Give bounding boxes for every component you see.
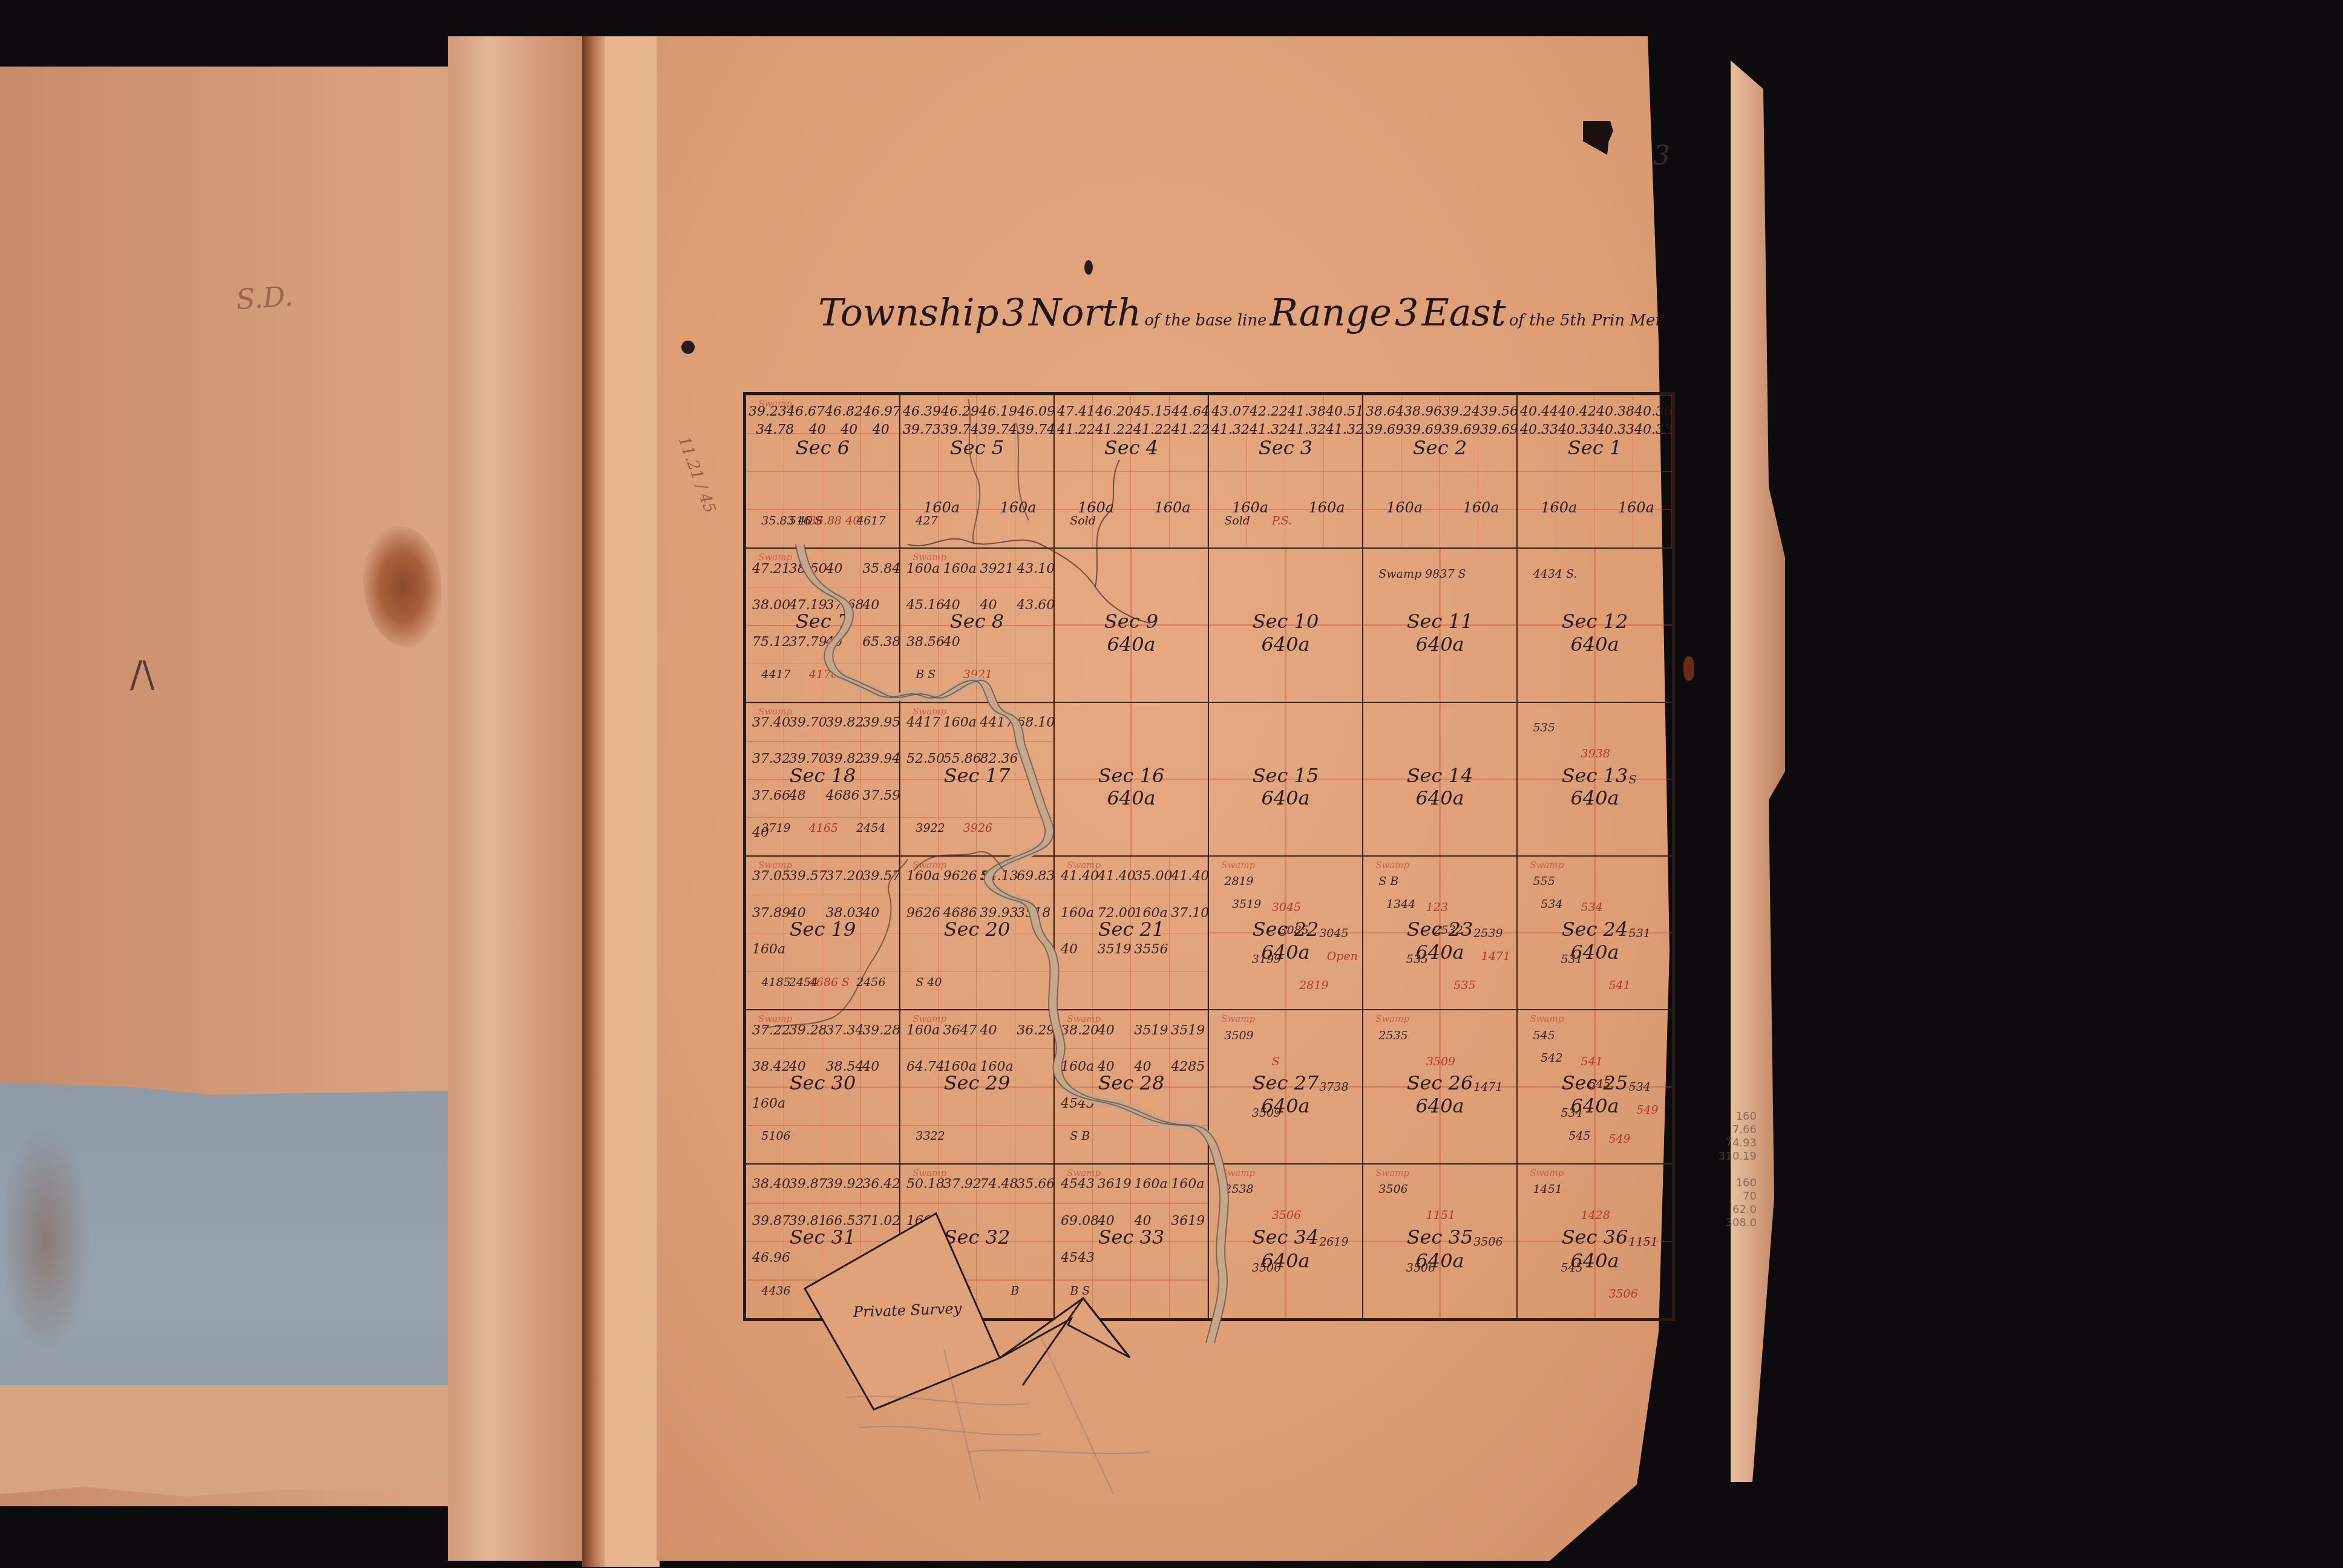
- pencil-annotation: 545: [1588, 1077, 1610, 1091]
- calc-line: 70: [1719, 1190, 1757, 1203]
- left-page-pencil-note: S.D.: [235, 279, 294, 316]
- pencil-annotation: 3322: [916, 1129, 945, 1143]
- lot-acreage: 34.78: [756, 422, 794, 437]
- section-label: Sec 33: [1055, 1226, 1208, 1249]
- lot-acreage: 37.66: [752, 788, 790, 803]
- pencil-annotation: 2456: [856, 976, 885, 989]
- lot-acreage: 4686: [943, 906, 977, 921]
- pencil-annotation: 1151: [1426, 1209, 1455, 1222]
- swamp-annotation: Swamp: [913, 860, 946, 871]
- calc-line: 62.0: [1719, 1203, 1757, 1217]
- lot-acreage: 39.28: [862, 1023, 900, 1038]
- lot-acreage: 160a: [752, 1096, 785, 1111]
- lot-acreage: 39.69: [1366, 422, 1404, 437]
- section-label: Sec 17: [900, 764, 1054, 787]
- pencil-annotation: 4617: [856, 514, 885, 528]
- lot-acreage-row: 39.7339.7439.7439.74: [903, 422, 1051, 437]
- lot-acreage: 40: [1061, 942, 1078, 957]
- section-label: Sec 30: [746, 1071, 899, 1094]
- lot-acreage: 40: [943, 598, 960, 613]
- lot-acreage: 41.32: [1211, 422, 1250, 437]
- lot-acreage: 3556: [1135, 942, 1168, 957]
- lot-acreage: 39.28: [789, 1023, 827, 1038]
- section-label: Sec 29: [900, 1071, 1054, 1094]
- lot-acreage-row: 40.4440.4240.3840.36: [1520, 404, 1670, 419]
- lot-acreage: 37.22: [752, 1023, 790, 1038]
- lot-acreage: 46.20: [1095, 404, 1133, 419]
- lot-acreage: 45.15: [1133, 404, 1171, 419]
- section-31: Sec 3138.4039.8739.9236.4239.8739.8166.5…: [746, 1165, 900, 1318]
- section-label: Sec 18: [746, 764, 899, 787]
- lot-acreage: 4543: [1061, 1096, 1095, 1111]
- lot-acreage: 41.40: [1098, 869, 1136, 884]
- lot-acreage: 41.32: [1326, 422, 1364, 437]
- swamp-annotation: Swamp: [758, 1013, 792, 1024]
- lot-acreage: 40.51: [1326, 404, 1364, 419]
- section-24: Sec 24640a555534531531541534Swamp: [1518, 857, 1672, 1010]
- pencil-annotation: 535: [1533, 721, 1555, 734]
- section-label: Sec 16: [1055, 764, 1208, 787]
- lot-acreage: 46.19: [979, 404, 1017, 419]
- lot-acreage: 160a: [1061, 906, 1094, 921]
- lot-acreage: 39.57: [789, 869, 827, 884]
- swamp-annotation: Swamp: [1375, 860, 1409, 871]
- section-3: Sec 343.0742.2241.3840.5141.3241.3241.32…: [1209, 395, 1363, 549]
- lot-acreage: 37.05: [752, 869, 790, 884]
- calc-line: 310.19: [1719, 1150, 1757, 1163]
- lot-acreage-row: 43.0742.2241.3840.51: [1211, 404, 1360, 419]
- section-14: Sec 14640a: [1363, 703, 1518, 857]
- pencil-annotation: 2819: [1299, 979, 1328, 992]
- lot-acreage: 65.38: [862, 635, 900, 650]
- section-18: Sec 1837.4039.7039.8239.9537.3239.7039.8…: [746, 703, 900, 857]
- pencil-annotation: 1471: [1481, 950, 1510, 963]
- swamp-annotation: Swamp: [1067, 1168, 1101, 1178]
- lot-acreage: 55.86: [943, 751, 981, 766]
- swamp-annotation: Swamp: [1221, 1013, 1255, 1024]
- lot-acreage: 3647: [943, 1023, 977, 1038]
- pencil-annotation: 2819: [1224, 875, 1253, 888]
- lot-acreage: 38.03: [826, 906, 864, 921]
- lot-acreage: 40: [980, 1023, 997, 1038]
- section-28: Sec 2838.204035193519160a404042854543S B…: [1055, 1010, 1209, 1164]
- pencil-annotation: 2539: [1473, 927, 1502, 940]
- section-12: Sec 12640a4434 S.: [1518, 549, 1672, 702]
- lot-acreage: 40: [1135, 1214, 1152, 1229]
- section-acreage: 640a: [1363, 633, 1516, 656]
- lot-acreage: 39.74: [1017, 422, 1055, 437]
- pencil-annotation: B S: [1070, 1284, 1090, 1298]
- calc-line: 308.0: [1719, 1217, 1757, 1230]
- pencil-annotation: Sold: [1070, 514, 1096, 528]
- lot-acreage-row: 40.3340.3340.3340.33: [1520, 422, 1670, 437]
- pencil-annotation: 3922: [916, 822, 945, 835]
- lot-acreage: 39.69: [1480, 422, 1518, 437]
- pencil-annotation: 4185: [761, 976, 790, 989]
- section-9: Sec 9640a: [1055, 549, 1209, 702]
- pencil-annotation: 3506: [1252, 1261, 1281, 1275]
- swamp-annotation: Swamp: [913, 552, 946, 563]
- section-16: Sec 16640a: [1055, 703, 1209, 857]
- section-27: Sec 27640a3509S37383509Swamp: [1209, 1010, 1363, 1164]
- lot-acreage: 4543: [1061, 1250, 1095, 1266]
- lot-acreage: 48: [789, 788, 806, 803]
- section-label: Sec 19: [746, 918, 899, 941]
- pencil-annotation: 427: [916, 514, 937, 528]
- swamp-annotation: Swamp: [758, 398, 792, 409]
- lot-acreage: 42.22: [1250, 404, 1288, 419]
- lot-acreage: 40.38: [1596, 404, 1634, 419]
- calc-line: 160: [1719, 1110, 1757, 1123]
- lot-acreage: 38.54: [826, 1059, 864, 1074]
- section-label: Sec 32: [900, 1226, 1054, 1249]
- pencil-annotation: 534: [1541, 898, 1562, 911]
- lot-acreage: 37.68: [826, 598, 864, 613]
- pencil-annotation: 2454: [789, 976, 818, 989]
- swamp-annotation: Swamp: [1221, 860, 1255, 871]
- pencil-annotation: 3926: [963, 822, 992, 835]
- lot-acreage: 46.09: [1017, 404, 1055, 419]
- pencil-annotation: 1471: [1473, 1080, 1502, 1094]
- lot-acreage-row: 34.78404040: [749, 422, 897, 437]
- page-number: 3: [1653, 140, 1670, 171]
- pencil-annotation: 1451: [1533, 1183, 1562, 1196]
- section-acreage: 640a: [1209, 1249, 1362, 1272]
- lot-acreage: 41.22: [1133, 422, 1171, 437]
- lot-acreage: 46.29: [941, 404, 979, 419]
- lot-acreage: 68.10: [1017, 715, 1055, 730]
- pencil-annotation: S 40: [916, 976, 942, 989]
- pencil-annotation: 545: [1568, 1129, 1590, 1143]
- section-label: Sec 8: [900, 610, 1054, 633]
- pencil-annotation: 531: [1629, 927, 1651, 940]
- swamp-annotation: Swamp: [758, 552, 792, 563]
- pencil-annotation: 549: [1608, 1132, 1630, 1146]
- lot-acreage: 39.73: [903, 422, 941, 437]
- section-label: Sec 28: [1055, 1071, 1208, 1094]
- pencil-annotation: 4436: [856, 1284, 885, 1298]
- section-label: Sec 5: [900, 436, 1054, 459]
- ink-blot: [1683, 656, 1694, 681]
- section-22: Sec 22640a2819304530453199281935193085Op…: [1209, 857, 1363, 1010]
- section-20: Sec 20160a9626 S54.1369.839626468639.933…: [900, 857, 1055, 1010]
- lot-acreage: 40: [980, 598, 997, 613]
- lot-acreage: 160a: [943, 715, 977, 730]
- lot-acreage: 40: [943, 635, 960, 650]
- torn-page-bottom: [0, 1385, 466, 1506]
- lot-acreage: 46.67: [787, 404, 825, 419]
- section-acreage: 640a: [1209, 786, 1362, 809]
- water-stain: [363, 526, 442, 647]
- lot-acreage: 38.96: [1404, 404, 1442, 419]
- lot-acreage: 40: [873, 422, 890, 437]
- lot-acreage: 37.92: [943, 1177, 981, 1192]
- pencil-annotation: 3509: [1252, 1106, 1281, 1120]
- lot-acreage: 74.48: [980, 1177, 1018, 1192]
- lot-acreage: 3619: [1171, 1214, 1205, 1229]
- section-6: Sec 639.2346.6746.8246.9734.7840404035.8…: [746, 395, 900, 549]
- swamp-annotation: Swamp: [1067, 860, 1101, 871]
- calc-line: 160: [1719, 1177, 1757, 1190]
- section-32: Sec 3250.1837.9274.4835.66160aBSBSwamp: [900, 1165, 1055, 1318]
- quarter-acreage: 160a: [1308, 499, 1345, 516]
- pencil-annotation: 541: [1608, 979, 1630, 992]
- lot-acreage: 47.21: [752, 561, 790, 577]
- swamp-annotation: Swamp: [1530, 1168, 1564, 1178]
- lot-acreage: 45.16: [906, 598, 945, 613]
- lot-acreage: 40: [809, 422, 826, 437]
- swamp-annotation: Swamp: [1221, 1168, 1255, 1178]
- pencil-annotation: 516 S: [789, 514, 822, 528]
- pencil-annotation: Open: [1327, 950, 1358, 963]
- lot-acreage: 160a: [943, 1059, 977, 1074]
- lot-acreage: 39.87: [752, 1214, 790, 1229]
- swamp-annotation: Swamp: [913, 1168, 946, 1178]
- section-5: Sec 546.3946.2946.1946.0939.7339.7439.74…: [900, 395, 1055, 549]
- pencil-annotation: 535: [1406, 953, 1428, 966]
- section-29: Sec 29160a36474036.2964.74160a160a3322Sw…: [900, 1010, 1055, 1164]
- pencil-annotation: 3045: [1319, 927, 1348, 940]
- pencil-annotation: 545: [1533, 1029, 1555, 1042]
- pencil-annotation: 1344: [1386, 898, 1415, 911]
- lot-acreage: 71.02: [862, 1214, 900, 1229]
- lot-acreage: 160a: [906, 1214, 940, 1229]
- lot-acreage: 39.94: [862, 751, 900, 766]
- lot-acreage: 37.89: [752, 906, 790, 921]
- lot-acreage: 41.22: [1057, 422, 1095, 437]
- pencil-annotation: 5106: [761, 1129, 790, 1143]
- lot-acreage: 40.42: [1558, 404, 1596, 419]
- pencil-annotation: 2454: [856, 822, 885, 835]
- section-label: Sec 15: [1209, 764, 1362, 787]
- lot-acreage: 38.00: [752, 598, 790, 613]
- lot-acreage: 39.56: [1480, 404, 1518, 419]
- pencil-annotation: S B: [1070, 1129, 1090, 1143]
- lot-acreage: 3519: [1171, 1023, 1205, 1038]
- lot-acreage: 82.36: [980, 751, 1018, 766]
- lot-acreage-row: 39.6939.6939.6939.69: [1366, 422, 1514, 437]
- pencil-annotation: 534: [1629, 1080, 1651, 1094]
- section-35: Sec 35640a3506115135063506Swamp: [1363, 1165, 1518, 1318]
- quarter-acreage: 160a: [1463, 499, 1499, 516]
- section-acreage: 640a: [1209, 633, 1362, 656]
- section-acreage: 640a: [1363, 1094, 1516, 1117]
- pencil-annotation: 4436: [761, 1284, 790, 1298]
- lot-acreage: 39.92: [826, 1177, 864, 1192]
- section-4: Sec 447.4146.2045.1544.6441.2241.2241.22…: [1055, 395, 1209, 549]
- lot-acreage: 41.38: [1288, 404, 1326, 419]
- section-acreage: 640a: [1055, 633, 1208, 656]
- lot-acreage: 37.79: [789, 635, 827, 650]
- quarter-acreage: 160a: [1078, 499, 1114, 516]
- lot-acreage: 46.97: [863, 404, 901, 419]
- pencil-annotation: 4165: [809, 822, 838, 835]
- lot-acreage: 40: [826, 635, 843, 650]
- swamp-annotation: Swamp: [1067, 1013, 1101, 1024]
- lot-acreage: 40: [1098, 1059, 1115, 1074]
- section-36: Sec 36640a1451142811515453506Swamp: [1518, 1165, 1672, 1318]
- lot-acreage-row: 41.2241.2241.2241.22: [1057, 422, 1205, 437]
- lot-acreage: 36.29: [1017, 1023, 1055, 1038]
- quarter-acreage: 160a: [923, 499, 960, 516]
- lot-acreage: 37.32: [752, 751, 790, 766]
- lot-acreage: 41.22: [1095, 422, 1133, 437]
- section-label: Sec 11: [1363, 610, 1516, 633]
- section-label: Sec 2: [1363, 436, 1516, 459]
- pencil-annotation: 4466: [809, 1284, 838, 1298]
- pencil-annotation: Sold: [1224, 514, 1250, 528]
- ink-blot: [681, 341, 695, 354]
- lot-acreage: 35.00: [1135, 869, 1173, 884]
- pencil-annotation: 2538: [1224, 1183, 1253, 1196]
- lot-acreage: 40: [1098, 1023, 1115, 1038]
- section-8: Sec 8160a160a392143.1045.16404043.6038.5…: [900, 549, 1055, 702]
- lot-acreage: 43.60: [1017, 598, 1055, 613]
- lot-acreage: 50.18: [906, 1177, 945, 1192]
- lot-acreage: 39.70: [789, 751, 827, 766]
- lot-acreage: 41.22: [1171, 422, 1210, 437]
- book-spine-hinge: [448, 36, 587, 1561]
- lot-acreage: 39.69: [1442, 422, 1480, 437]
- lot-acreage: 160a: [1171, 1177, 1204, 1192]
- pencil-annotation: 545: [1561, 1261, 1582, 1275]
- lot-acreage: 40: [826, 561, 843, 577]
- pencil-annotation: 2535: [1378, 1029, 1407, 1042]
- lot-acreage: 160a: [943, 561, 977, 577]
- lot-acreage: 39.70: [789, 715, 827, 730]
- lot-acreage: 35.84: [862, 561, 900, 577]
- lot-acreage: 69.08: [1061, 1214, 1099, 1229]
- section-acreage: 640a: [1518, 1249, 1672, 1272]
- lot-acreage: 160a: [980, 1059, 1014, 1074]
- pencil-annotation: 534: [1581, 901, 1603, 914]
- lot-acreage: 4417: [980, 715, 1014, 730]
- pencil-annotation: S: [1272, 1055, 1280, 1068]
- section-15: Sec 15640a: [1209, 703, 1363, 857]
- section-acreage: 640a: [1363, 1249, 1516, 1272]
- pencil-annotation: 3506: [1406, 1261, 1435, 1275]
- lot-acreage: 39.82: [826, 715, 864, 730]
- lot-acreage: 43.07: [1211, 404, 1250, 419]
- lot-acreage: 47.41: [1057, 404, 1095, 419]
- section-11: Sec 11640aSwamp 9837 S: [1363, 549, 1518, 702]
- section-26: Sec 26640a253535091471Swamp: [1363, 1010, 1518, 1164]
- lot-acreage: 3921: [980, 561, 1014, 577]
- right-margin-calculation: 1607.6674.93310.19 1607062.0308.0: [1719, 1110, 1757, 1230]
- section-label: Sec 20: [900, 918, 1054, 941]
- section-label: Sec 4: [1055, 436, 1208, 459]
- section-25: Sec 25640a545541534534549542545549545Swa…: [1518, 1010, 1672, 1164]
- lot-acreage: 75.12: [752, 635, 790, 650]
- lot-acreage: 160a: [1135, 1177, 1168, 1192]
- section-label: Sec 9: [1055, 610, 1208, 633]
- lot-acreage: 43.10: [1017, 561, 1055, 577]
- pencil-annotation: 4176: [809, 668, 838, 681]
- quarter-acreage: 160a: [1154, 499, 1190, 516]
- lot-acreage: 3519: [1098, 942, 1132, 957]
- pencil-annotation: 3509: [1224, 1029, 1253, 1042]
- lot-acreage: 41.40: [1061, 869, 1099, 884]
- pencil-annotation: Swamp 9837 S: [1378, 567, 1466, 581]
- lot-acreage: 46.82: [825, 404, 863, 419]
- lot-acreage: 72.00: [1098, 906, 1136, 921]
- lot-acreage: 40: [1098, 1214, 1115, 1229]
- lot-acreage: 52.50: [906, 751, 945, 766]
- pencil-annotation: 542: [1541, 1051, 1562, 1065]
- calc-line: [1719, 1163, 1757, 1177]
- pencil-annotation: S: [963, 1284, 971, 1298]
- lot-acreage: 160a: [752, 942, 785, 957]
- pencil-annotation: 3938: [1581, 747, 1610, 760]
- section-label: Sec 1: [1518, 436, 1672, 459]
- lot-acreage: 40.33: [1634, 422, 1673, 437]
- lot-acreage-row: 47.4146.2045.1544.64: [1057, 404, 1205, 419]
- lot-acreage: 9626: [906, 906, 940, 921]
- pencil-annotation: B: [916, 1284, 924, 1298]
- section-acreage: 640a: [1209, 1094, 1362, 1117]
- lot-acreage: 4285: [1171, 1059, 1205, 1074]
- lot-acreage: 36.42: [862, 1177, 900, 1192]
- lot-acreage: 40: [1135, 1059, 1152, 1074]
- pencil-annotation: 3738: [1319, 1080, 1348, 1094]
- lot-acreage: 39.69: [1404, 422, 1442, 437]
- section-label: Sec 6: [746, 436, 899, 459]
- pencil-annotation: B: [1011, 1284, 1019, 1298]
- pencil-annotation: 3199: [1252, 953, 1281, 966]
- swamp-annotation: Swamp: [1375, 1168, 1409, 1178]
- book-gutter: [582, 36, 606, 1567]
- pencil-annotation: P.S.: [1272, 514, 1292, 528]
- lot-acreage: 69.83: [1017, 869, 1055, 884]
- lot-acreage: 160a: [906, 1023, 940, 1038]
- lot-acreage: 40: [862, 598, 879, 613]
- left-page-mark: /\: [130, 653, 154, 696]
- ink-blot: [1084, 260, 1093, 275]
- section-13: Sec 13640a5353938S: [1518, 703, 1672, 857]
- section-label: Sec 7: [746, 610, 899, 633]
- pencil-annotation: 3519: [1232, 898, 1261, 911]
- section-acreage: 640a: [1518, 786, 1672, 809]
- lot-acreage: 38.42: [752, 1059, 790, 1074]
- lot-acreage: 160a: [906, 869, 940, 884]
- pencil-annotation: 3506: [1473, 1235, 1502, 1249]
- section-17: Sec 174417160a441768.1052.5055.8682.3639…: [900, 703, 1055, 857]
- pencil-annotation: 3506: [1608, 1287, 1637, 1301]
- section-label: Sec 3: [1209, 436, 1362, 459]
- section-acreage: 640a: [1055, 786, 1208, 809]
- lot-acreage: 37.34: [826, 1023, 864, 1038]
- lot-acreage: 41.32: [1288, 422, 1326, 437]
- pencil-annotation: 541: [1581, 1055, 1603, 1068]
- lot-acreage: 37.10: [1171, 906, 1209, 921]
- lot-acreage: 39.57: [862, 869, 900, 884]
- township-section-grid: Sec 639.2346.6746.8246.9734.7840404035.8…: [743, 392, 1675, 1321]
- pencil-annotation: 531: [1561, 953, 1582, 966]
- swamp-annotation: Swamp: [1375, 1013, 1409, 1024]
- pencil-annotation: 3509: [1426, 1055, 1455, 1068]
- lot-acreage: 66.53: [826, 1214, 864, 1229]
- lot-acreage-row: 41.3241.3241.3241.32: [1211, 422, 1360, 437]
- blue-paper-stain: [0, 1125, 91, 1355]
- lot-acreage: 40.33: [1558, 422, 1596, 437]
- pencil-annotation: 3085: [1279, 924, 1308, 937]
- section-23: Sec 23640aS B1232539535535134425321471Sw…: [1363, 857, 1518, 1010]
- lot-acreage: 40.33: [1520, 422, 1558, 437]
- lot-acreage: 37.40: [752, 715, 790, 730]
- pencil-annotation: 555: [1533, 875, 1555, 888]
- lot-acreage: 39.95: [862, 715, 900, 730]
- section-label: Sec 13: [1518, 764, 1672, 787]
